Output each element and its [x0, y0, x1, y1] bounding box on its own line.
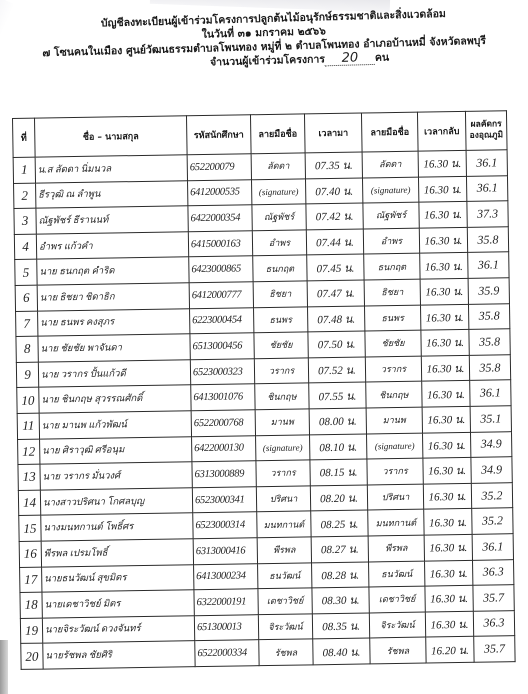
temperature: 36.1	[466, 150, 507, 176]
signature-out: จิระวัฒน์	[369, 612, 425, 638]
signature-in: มนทกานต์	[257, 511, 311, 537]
participants-unit: คน	[375, 52, 390, 64]
time-in: 07.48 น.	[307, 306, 364, 332]
participant-name: นาย ชินกฤษ สุวรรณศักดิ์	[39, 385, 191, 413]
row-number: 2	[14, 183, 36, 209]
time-in: 07.40 น.	[305, 178, 362, 204]
temperature: 36.1	[466, 175, 507, 201]
signature-in: ธิชยา	[253, 281, 307, 307]
temperature: 37.3	[467, 201, 508, 227]
time-out: 16.30 น.	[421, 355, 469, 381]
temperature: 35.9	[468, 278, 509, 304]
time-out: 16.30 น.	[424, 534, 472, 560]
time-in: 07.45 น.	[307, 254, 364, 280]
time-out: 16.30 น.	[422, 381, 470, 407]
student-id: 6313000889	[192, 461, 256, 488]
row-number: 4	[14, 234, 36, 260]
signature-in: จิระวัฒน์	[258, 614, 312, 640]
time-in: 07.52 น.	[308, 357, 365, 383]
time-in: 08.40 น.	[313, 638, 370, 664]
row-number: 16	[19, 541, 41, 567]
student-id: 6412000777	[189, 282, 253, 309]
temperature: 35.2	[471, 482, 512, 508]
temperature: 35.8	[469, 354, 510, 380]
signature-out: ธนวัฒน์	[369, 561, 425, 587]
header-signature-out: ลายมือชื่อ	[361, 112, 418, 152]
row-number: 13	[18, 464, 40, 490]
registration-table: ที่ ชื่อ – นามสกุล รหัสนักศึกษา ลายมือชื…	[12, 110, 516, 670]
student-id: 6413001076	[191, 384, 255, 411]
student-id: 6523000323	[190, 358, 254, 385]
time-out: 16.30 น.	[422, 406, 470, 432]
row-number: 5	[15, 260, 37, 286]
time-out: 16.30 น.	[418, 176, 466, 202]
signature-out: (signature)	[362, 177, 418, 203]
signature-out: อำพร	[363, 228, 419, 254]
participant-name: นาย ศิราวุฒิ ศรีอนุม	[40, 436, 192, 464]
signature-in: วรากร	[254, 358, 308, 384]
student-id: 6415000163	[188, 231, 252, 258]
time-out: 16.30 น.	[420, 278, 468, 304]
header-time-in: เวลามา	[304, 113, 362, 153]
row-number: 9	[16, 362, 38, 388]
signature-out: พีรพล	[368, 535, 424, 561]
row-number: 12	[18, 439, 40, 465]
row-number: 3	[14, 208, 36, 234]
participant-name: นายธนวัฒน์ สุขมิตร	[42, 564, 194, 592]
temperature: 34.9	[471, 457, 512, 483]
participant-name: น.ส ลัดดา นิ่มนวล	[35, 155, 187, 183]
participant-name: นาย ธิชยา ชิดาธิก	[37, 283, 189, 311]
temperature: 35.8	[469, 329, 510, 355]
student-id: 6422000354	[188, 205, 252, 232]
paper-fold-shadow	[0, 0, 15, 694]
signature-in: (signature)	[256, 434, 310, 460]
time-out: 16.20 น.	[426, 637, 474, 663]
signature-in: ธนพร	[254, 306, 308, 332]
row-number: 17	[20, 567, 42, 593]
time-out: 16.30 น.	[423, 457, 471, 483]
time-in: 07.44 น.	[306, 229, 363, 255]
participant-name: นาย ธนกฤต คำริด	[37, 257, 189, 285]
signature-out: มนทกานต์	[368, 509, 424, 535]
time-out: 16.30 น.	[425, 611, 473, 637]
time-in: 08.00 น.	[309, 408, 366, 434]
signature-in: ธนกฤต	[253, 255, 307, 281]
time-in: 07.35 น.	[305, 152, 362, 178]
student-id: 6223000454	[190, 307, 254, 334]
participants-label: จำนวนผู้เข้าร่วมโครงการ	[210, 53, 325, 68]
row-number: 10	[17, 387, 39, 413]
row-number: 8	[16, 336, 38, 362]
signature-in: เดชาวิชย์	[258, 588, 312, 614]
signature-out: เดชาวิชย์	[369, 586, 425, 612]
time-in: 08.10 น.	[310, 434, 367, 460]
time-in: 08.20 น.	[310, 485, 367, 511]
temperature: 36.1	[472, 534, 513, 560]
time-out: 16.30 น.	[425, 585, 473, 611]
row-number: 20	[21, 643, 43, 669]
temperature: 34.9	[470, 431, 511, 457]
time-in: 08.35 น.	[312, 613, 369, 639]
signature-out: วรากร	[365, 356, 421, 382]
signature-in: ลัดดา	[251, 153, 305, 179]
signature-out: ชินกฤษ	[366, 381, 422, 407]
temperature: 35.1	[470, 406, 511, 432]
participant-name: นาย วรากร มั่นวงศ์	[40, 462, 192, 490]
student-id: 6322000191	[194, 589, 258, 616]
time-out: 16.30 น.	[421, 330, 469, 356]
time-out: 16.30 น.	[422, 432, 470, 458]
student-id: 651300013	[194, 614, 258, 641]
row-number: 15	[19, 515, 41, 541]
row-number: 7	[16, 311, 38, 337]
time-in: 07.55 น.	[309, 382, 366, 408]
registration-table-container: ที่ ชื่อ – นามสกุล รหัสนักศึกษา ลายมือชื…	[12, 110, 515, 670]
temperature: 35.7	[474, 636, 515, 662]
signature-in: ปริศนา	[256, 486, 310, 512]
time-out: 16.30 น.	[420, 253, 468, 279]
row-number: 18	[20, 592, 42, 618]
time-in: 07.50 น.	[308, 331, 365, 357]
participant-name: นาย มานพ แก้วพัฒน์	[39, 411, 191, 439]
signature-out: ณัฐพัชร์	[363, 202, 419, 228]
student-id: 6523000341	[192, 486, 256, 513]
participant-name: อำพร แก้วคำ	[36, 232, 188, 260]
signature-in: พีรพล	[257, 537, 311, 563]
signature-out: (signature)	[366, 433, 422, 459]
student-id: 6522000768	[191, 410, 255, 437]
student-id: 6313000416	[193, 538, 257, 565]
student-id: 652200079	[187, 154, 251, 181]
signature-in: ณัฐพัชร์	[252, 204, 306, 230]
student-id: 6522000334	[195, 640, 259, 667]
participant-name: นายรัชพล ชัยศิริ	[43, 641, 195, 669]
signature-in: ชินกฤษ	[255, 383, 309, 409]
time-out: 16.30 น.	[424, 509, 472, 535]
signature-out: ธนกฤต	[364, 253, 420, 279]
student-id: 6422000130	[192, 435, 256, 462]
participant-name: ธีรวุฒิ ณ ลำพูน	[36, 180, 188, 208]
document-header: บัญชีลงทะเบียนผู้เข้าร่วมโครงการปลูกต้นไ…	[0, 5, 528, 76]
header-name: ชื่อ – นามสกุล	[35, 116, 188, 157]
paper-edge-shadow	[0, 640, 8, 694]
header-signature-in: ลายมือชื่อ	[250, 114, 305, 154]
time-out: 16.30 น.	[425, 560, 473, 586]
signature-out: วรากร	[367, 458, 423, 484]
time-in: 08.15 น.	[310, 459, 367, 485]
student-id: 6513000456	[190, 333, 254, 360]
header-time-out: เวลากลับ	[417, 111, 466, 151]
temperature: 35.8	[468, 303, 509, 329]
participant-name: นางมนทกานต์ โพธิ์ศร	[41, 513, 193, 541]
row-number: 6	[15, 285, 37, 311]
participant-name: นายเดชาวิชย์ มิตร	[42, 590, 194, 618]
signature-in: อำพร	[252, 230, 306, 256]
signature-in: มานพ	[255, 409, 309, 435]
student-id: 6423000865	[189, 256, 253, 283]
temperature: 35.8	[467, 226, 508, 252]
time-in: 07.42 น.	[306, 203, 363, 229]
header-no: ที่	[13, 118, 36, 157]
time-out: 16.30 น.	[419, 202, 467, 228]
temperature: 36.3	[473, 610, 514, 636]
student-id: 6412000535	[188, 179, 252, 206]
participant-name: นาย ชัยชัย พาจันดา	[38, 334, 190, 362]
row-number: 11	[17, 413, 39, 439]
student-id: 6413000234	[194, 563, 258, 590]
time-out: 16.30 น.	[423, 483, 471, 509]
participant-name: นาย ธนพร คงสุภร	[38, 308, 190, 336]
signature-in: ธนวัฒน์	[258, 562, 312, 588]
student-id: 6523000314	[193, 512, 257, 539]
time-out: 16.30 น.	[420, 304, 468, 330]
participant-name: นางสาวปริศนา โกศลบุญ	[40, 487, 192, 515]
temperature: 36.1	[468, 252, 509, 278]
time-in: 08.27 น.	[311, 536, 368, 562]
time-in: 07.47 น.	[307, 280, 364, 306]
signature-out: รัชพล	[370, 637, 426, 663]
temperature: 35.7	[473, 585, 514, 611]
row-number: 14	[18, 490, 40, 516]
signature-out: ปริศนา	[367, 484, 423, 510]
signature-in: (signature)	[251, 178, 305, 204]
time-in: 08.28 น.	[312, 561, 369, 587]
signature-out: ชัยชัย	[365, 330, 421, 356]
header-temperature: ผลคัดกรองอุณภูมิ	[465, 111, 507, 151]
row-number: 19	[20, 618, 42, 644]
time-in: 08.30 น.	[312, 587, 369, 613]
signature-out: ลัดดา	[362, 151, 418, 177]
header-student-id: รหัสนักศึกษา	[186, 115, 251, 155]
time-out: 16.30 น.	[418, 150, 466, 176]
signature-in: วรากร	[256, 460, 310, 486]
participants-count: 20	[325, 52, 375, 66]
time-in: 08.25 น.	[311, 510, 368, 536]
signature-out: ธิชยา	[364, 279, 420, 305]
participant-name: นายจิระวัฒน์ ดวงจันทร์	[42, 615, 194, 643]
signature-in: รัชพล	[259, 639, 313, 665]
participant-name: นาย วรากร ปั้นแก้วดี	[38, 359, 190, 387]
temperature: 36.1	[470, 380, 511, 406]
row-number: 1	[13, 157, 35, 183]
participant-name: ณัฐพัชร์ ธีรานนท์	[36, 206, 188, 234]
participant-name: พีรพล เปรมโพธิ์	[41, 539, 193, 567]
signature-out: ธนพร	[364, 305, 420, 331]
temperature: 35.2	[472, 508, 513, 534]
temperature: 36.3	[472, 559, 513, 585]
signature-in: ชัยชัย	[254, 332, 308, 358]
signature-out: มานพ	[366, 407, 422, 433]
time-out: 16.30 น.	[419, 227, 467, 253]
